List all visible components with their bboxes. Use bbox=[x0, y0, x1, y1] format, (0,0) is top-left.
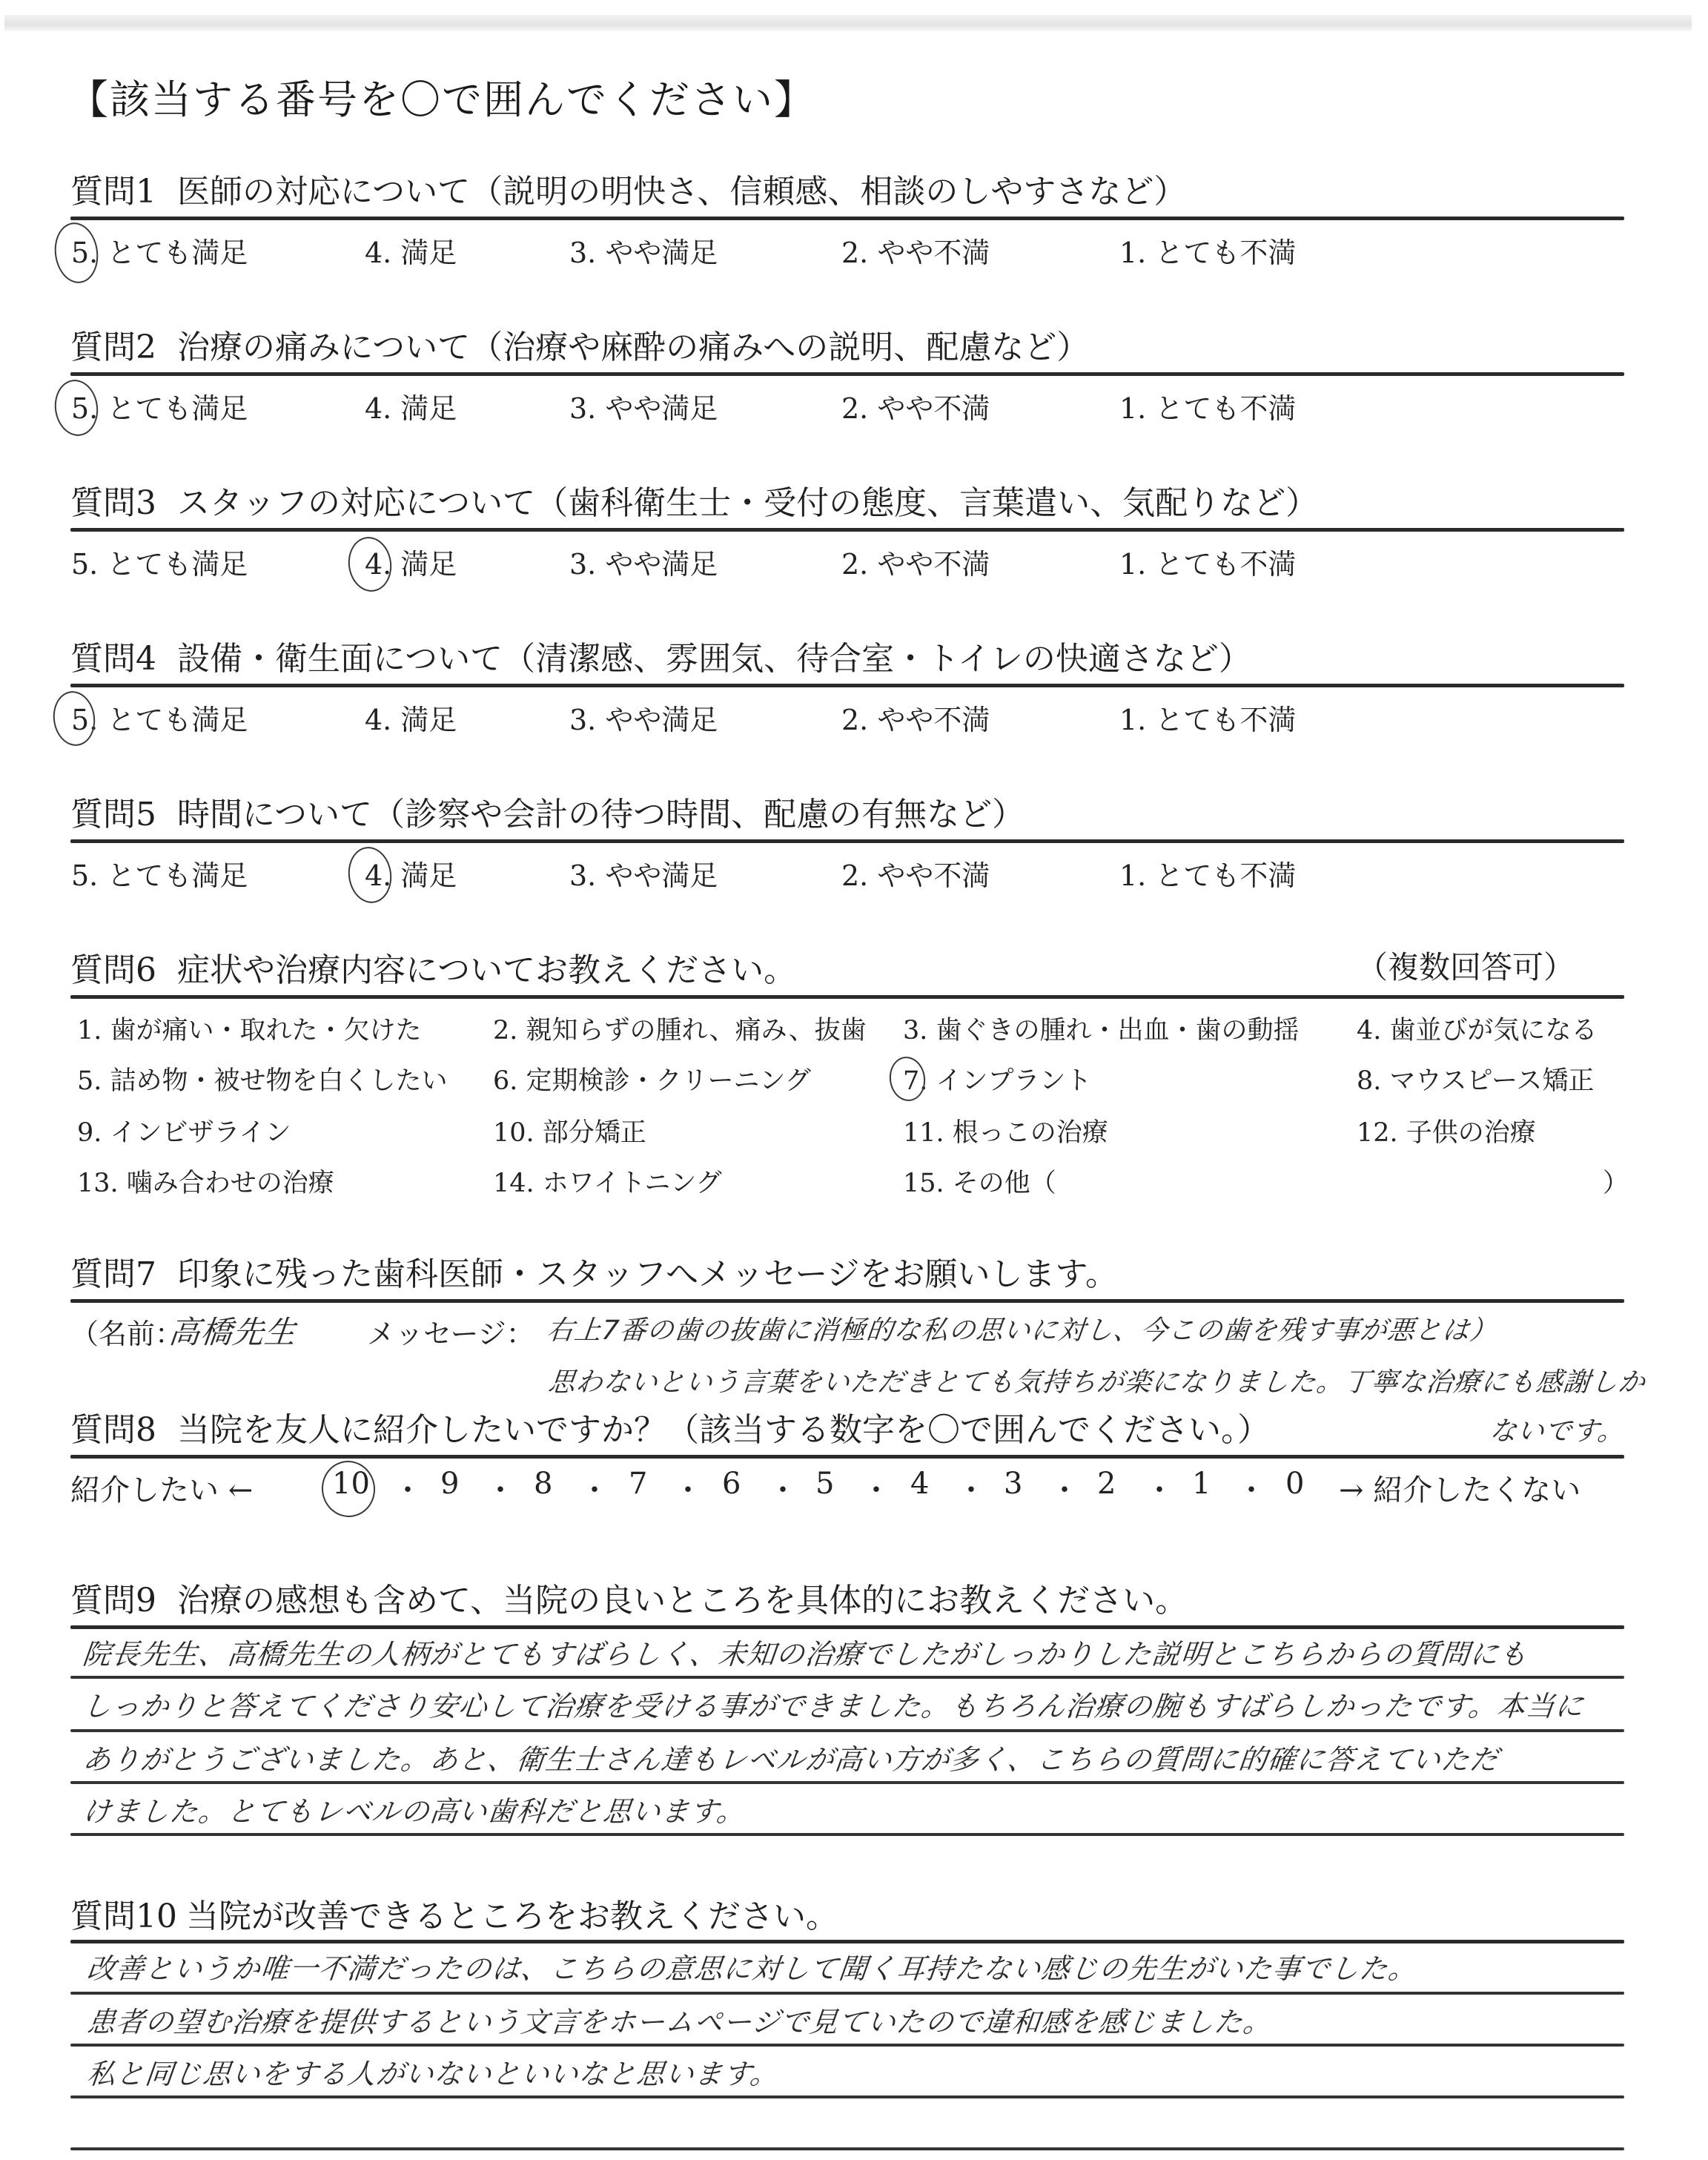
separator-dot: ・ bbox=[486, 1467, 515, 1509]
not-recommend-label: → 紹介したくない bbox=[1339, 1467, 1580, 1509]
writing-line bbox=[70, 1729, 1624, 1732]
q3-option-1[interactable]: 1. とても不満 bbox=[1119, 541, 1296, 582]
q3-option-5[interactable]: 5. とても満足 bbox=[71, 541, 248, 582]
multiple-answers-note: （複数回答可） bbox=[1357, 943, 1575, 988]
scale-1[interactable]: 1 bbox=[1192, 1467, 1211, 1501]
answer-line-4[interactable]: けました。とてもレベルの高い歯科だと思います。 bbox=[81, 1789, 748, 1829]
q6-item-6[interactable]: 6. 定期検診・クリーニング bbox=[493, 1060, 811, 1097]
question-text: 治療の痛みについて（治療や麻酔の痛みへの説明、配慮など） bbox=[177, 328, 1089, 366]
divider bbox=[70, 1455, 1624, 1459]
scale-9[interactable]: 9 bbox=[440, 1467, 459, 1501]
scale-0[interactable]: 0 bbox=[1285, 1467, 1304, 1501]
question-number: 質問1 bbox=[70, 173, 156, 211]
writing-line bbox=[70, 1992, 1624, 1995]
q6-item-1[interactable]: 1. 歯が痛い・取れた・欠けた bbox=[77, 1010, 422, 1047]
q4-option-4[interactable]: 4. 満足 bbox=[365, 697, 457, 738]
answer-line-2[interactable]: しっかりと答えてくださり安心して治療を受ける事ができました。もちろん治療の腕もす… bbox=[81, 1683, 1586, 1724]
divider bbox=[70, 217, 1624, 220]
q6-item-11[interactable]: 11. 根っこの治療 bbox=[903, 1112, 1108, 1149]
scale-3[interactable]: 3 bbox=[1004, 1467, 1022, 1501]
separator-dot: ・ bbox=[1237, 1467, 1266, 1509]
q6-item-5[interactable]: 5. 詰め物・被せ物を白くしたい bbox=[77, 1060, 448, 1097]
question-number: 質問4 bbox=[70, 640, 156, 678]
separator-dot: ・ bbox=[580, 1467, 609, 1509]
question-text: 当院が改善できるところをお教えください。 bbox=[186, 1898, 838, 1935]
message-line-1[interactable]: 右上7番の歯の抜歯に消極的な私の思いに対し、今この歯を残す事が悪とは） bbox=[545, 1309, 1499, 1347]
question-6-heading: 質問6症状や治療内容についてお教えください。 bbox=[70, 943, 796, 991]
q1-option-3[interactable]: 3. やや満足 bbox=[569, 230, 718, 271]
separator-dot: ・ bbox=[673, 1467, 703, 1509]
separator-dot: ・ bbox=[1145, 1467, 1174, 1509]
divider bbox=[70, 995, 1624, 999]
question-text: 医師の対応について（説明の明快さ、信頼感、相談のしやすさなど） bbox=[177, 173, 1186, 211]
writing-line bbox=[70, 1833, 1624, 1836]
answer-line-3[interactable]: ありがとうございました。あと、衛生士さん達もレベルが高い方が多く、こちらの質問に… bbox=[81, 1737, 1501, 1777]
q2-option-3[interactable]: 3. やや満足 bbox=[569, 386, 718, 426]
question-number: 質問3 bbox=[70, 484, 156, 522]
message-label: メッセージ： bbox=[367, 1311, 534, 1352]
q1-option-2[interactable]: 2. やや不満 bbox=[841, 230, 990, 271]
q4-option-5[interactable]: 5. とても満足 bbox=[71, 697, 248, 738]
answer-line-3[interactable]: 私と同じ思いをする人がいないといいなと思います。 bbox=[85, 2051, 781, 2092]
question-number: 質問8 bbox=[70, 1411, 156, 1449]
writing-line bbox=[70, 1781, 1624, 1784]
q6-item-15[interactable]: 15. その他（ bbox=[903, 1163, 1056, 1200]
question-text: 当院を友人に紹介したいですか？（該当する数字を〇で囲んでください。） bbox=[177, 1411, 1270, 1449]
separator-dot: ・ bbox=[393, 1467, 423, 1509]
message-line-2[interactable]: 思わないという言葉をいただきとても気持ちが楽になりました。丁寧な治療にも感謝しか bbox=[546, 1361, 1647, 1399]
q6-item-15-close: ） bbox=[1603, 1163, 1629, 1200]
question-text: 設備・衛生面について（清潔感、雰囲気、待合室・トイレの快適さなど） bbox=[177, 640, 1251, 678]
writing-line bbox=[70, 2147, 1624, 2150]
scale-6[interactable]: 6 bbox=[722, 1467, 741, 1501]
question-1-heading: 質問1医師の対応について（説明の明快さ、信頼感、相談のしやすさなど） bbox=[70, 165, 1186, 212]
scale-7[interactable]: 7 bbox=[629, 1467, 647, 1501]
separator-dot: ・ bbox=[861, 1467, 891, 1509]
question-text: 症状や治療内容についてお教えください。 bbox=[177, 951, 796, 989]
q1-option-1[interactable]: 1. とても不満 bbox=[1119, 230, 1296, 271]
question-number: 質問2 bbox=[70, 328, 156, 366]
q6-item-3[interactable]: 3. 歯ぐきの腫れ・出血・歯の動揺 bbox=[903, 1010, 1300, 1047]
divider bbox=[70, 839, 1624, 843]
question-number: 質問6 bbox=[70, 951, 156, 989]
q2-option-2[interactable]: 2. やや不満 bbox=[841, 386, 990, 426]
q2-option-4[interactable]: 4. 満足 bbox=[365, 386, 457, 426]
separator-dot: ・ bbox=[956, 1467, 986, 1509]
question-number: 質問7 bbox=[70, 1255, 156, 1293]
question-number: 質問5 bbox=[70, 796, 156, 833]
divider bbox=[70, 1940, 1624, 1943]
question-2-heading: 質問2治療の痛みについて（治療や麻酔の痛みへの説明、配慮など） bbox=[70, 320, 1089, 368]
q5-option-2[interactable]: 2. やや不満 bbox=[841, 853, 990, 894]
question-10-heading: 質問10当院が改善できるところをお教えください。 bbox=[70, 1889, 838, 1937]
q4-option-2[interactable]: 2. やや不満 bbox=[841, 697, 990, 738]
q6-item-9[interactable]: 9. インビザライン bbox=[77, 1112, 291, 1149]
page-title: 【該当する番号を〇で囲んでください】 bbox=[68, 68, 815, 125]
question-text: 印象に残った歯科医師・スタッフへメッセージをお願いします。 bbox=[177, 1255, 1118, 1293]
divider bbox=[70, 528, 1624, 532]
scale-5[interactable]: 5 bbox=[815, 1467, 834, 1501]
question-text: 治療の感想も含めて、当院の良いところを具体的にお教えください。 bbox=[177, 1582, 1188, 1619]
q1-option-4[interactable]: 4. 満足 bbox=[365, 230, 457, 271]
message-line-3[interactable]: ないです。 bbox=[1488, 1410, 1626, 1448]
q6-item-13[interactable]: 13. 噛み合わせの治療 bbox=[77, 1163, 334, 1200]
question-7-heading: 質問7印象に残った歯科医師・スタッフへメッセージをお願いします。 bbox=[70, 1247, 1118, 1295]
divider bbox=[70, 1625, 1624, 1629]
q3-option-2[interactable]: 2. やや不満 bbox=[841, 541, 990, 582]
writing-line bbox=[70, 2095, 1624, 2098]
q4-option-1[interactable]: 1. とても不満 bbox=[1119, 697, 1296, 738]
q6-item-7[interactable]: 7. インプラント bbox=[903, 1060, 1092, 1097]
scale-8[interactable]: 8 bbox=[534, 1467, 552, 1501]
question-number: 質問9 bbox=[70, 1582, 156, 1619]
question-text: スタッフの対応について（歯科衛生士・受付の態度、言葉遣い、気配りなど） bbox=[177, 484, 1318, 522]
divider bbox=[70, 372, 1624, 376]
name-field[interactable]: 高橋先生 bbox=[167, 1308, 299, 1353]
question-4-heading: 質問4設備・衛生面について（清潔感、雰囲気、待合室・トイレの快適さなど） bbox=[70, 632, 1251, 679]
q4-option-3[interactable]: 3. やや満足 bbox=[569, 697, 718, 738]
q5-option-5[interactable]: 5. とても満足 bbox=[71, 853, 248, 894]
q3-option-3[interactable]: 3. やや満足 bbox=[569, 541, 718, 582]
name-label: （名前： bbox=[70, 1311, 183, 1352]
scale-2[interactable]: 2 bbox=[1097, 1467, 1116, 1501]
divider bbox=[70, 684, 1624, 687]
recommend-label: 紹介したい ← bbox=[70, 1467, 253, 1509]
scan-edge bbox=[4, 15, 1692, 31]
scale-4[interactable]: 4 bbox=[910, 1467, 929, 1501]
q6-item-4[interactable]: 4. 歯並びが気になる bbox=[1357, 1010, 1598, 1047]
q5-option-1[interactable]: 1. とても不満 bbox=[1119, 853, 1296, 894]
separator-dot: ・ bbox=[768, 1467, 798, 1509]
question-8-heading: 質問8当院を友人に紹介したいですか？（該当する数字を〇で囲んでください。） bbox=[70, 1403, 1270, 1450]
question-5-heading: 質問5時間について（診察や会計の待つ時間、配慮の有無など） bbox=[70, 787, 1025, 835]
question-number: 質問10 bbox=[70, 1898, 177, 1935]
question-9-heading: 質問9治療の感想も含めて、当院の良いところを具体的にお教えください。 bbox=[70, 1573, 1188, 1621]
q5-option-3[interactable]: 3. やや満足 bbox=[569, 853, 718, 894]
answer-line-2[interactable]: 患者の望む治療を提供するという文言をホームページで見ていたので違和感を感じました… bbox=[85, 1999, 1274, 2040]
question-text: 時間について（診察や会計の待つ時間、配慮の有無など） bbox=[177, 796, 1025, 833]
q6-item-8[interactable]: 8. マウスピース矯正 bbox=[1357, 1060, 1594, 1097]
writing-line bbox=[70, 2044, 1624, 2047]
question-3-heading: 質問3スタッフの対応について（歯科衛生士・受付の態度、言葉遣い、気配りなど） bbox=[70, 476, 1318, 524]
q6-item-2[interactable]: 2. 親知らずの腫れ、痛み、抜歯 bbox=[493, 1010, 867, 1047]
answer-line-1[interactable]: 院長先生、高橋先生の人柄がとてもすばらしく、未知の治療でしたがしっかりした説明と… bbox=[81, 1631, 1530, 1672]
answer-line-1[interactable]: 改善というか唯一不満だったのは、こちらの意思に対して聞く耳持たない感じの先生がい… bbox=[85, 1946, 1420, 1986]
separator-dot: ・ bbox=[1050, 1467, 1079, 1509]
divider bbox=[70, 1299, 1624, 1303]
q6-item-14[interactable]: 14. ホワイトニング bbox=[493, 1163, 722, 1200]
writing-line bbox=[70, 1676, 1624, 1679]
q6-item-12[interactable]: 12. 子供の治療 bbox=[1357, 1112, 1536, 1149]
q2-option-1[interactable]: 1. とても不満 bbox=[1119, 386, 1296, 426]
q6-item-10[interactable]: 10. 部分矯正 bbox=[493, 1112, 646, 1149]
